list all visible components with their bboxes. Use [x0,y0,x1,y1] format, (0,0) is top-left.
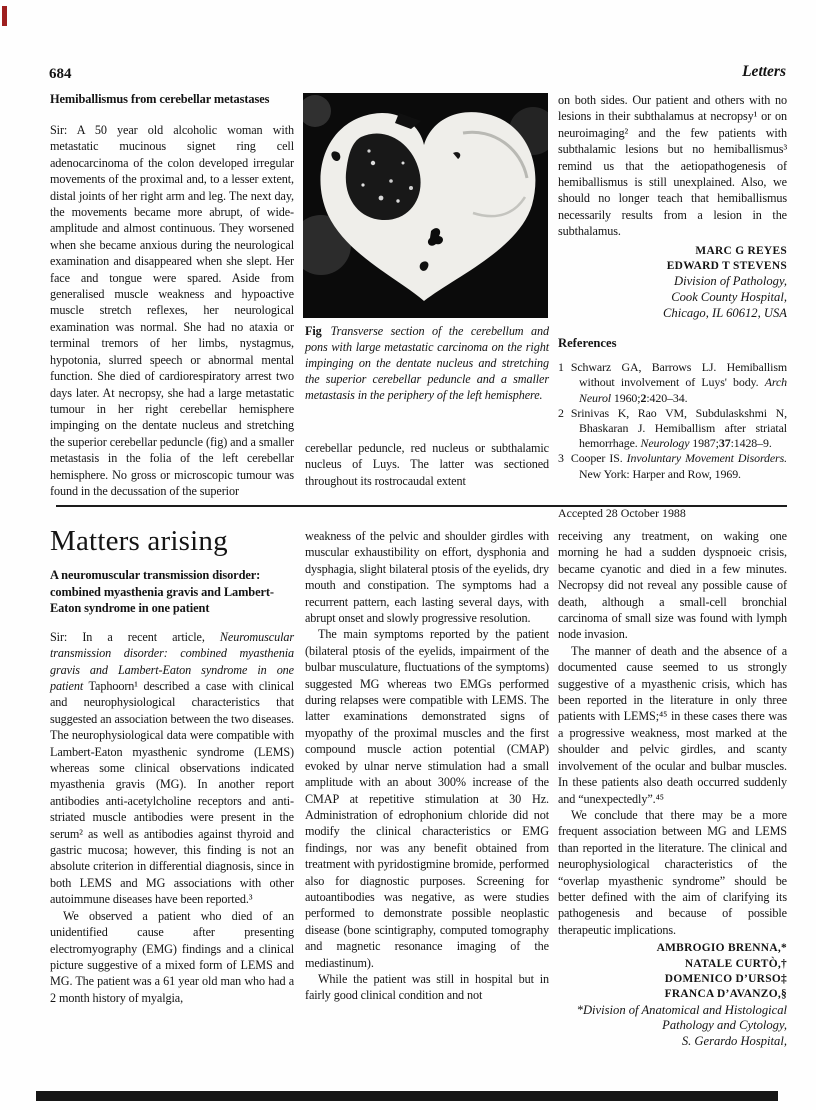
signature-name: DOMENICO D’URSO‡ [558,972,787,987]
brain-section-photo [303,93,548,318]
reference-item: 3Cooper IS. Involuntary Movement Disorde… [558,451,787,481]
signature-name: EDWARD T STEVENS [558,259,787,274]
figure-caption-text: Transverse section of the cerebellum and… [305,324,549,402]
signature-address-line: Pathology and Cytology, [558,1018,787,1034]
signature-name: NATALE CURTÒ,† [558,957,787,972]
reference-text: 1987; [689,436,718,450]
reference-volume: 37 [719,436,731,450]
matters-body-col2-p2: The main symptoms reported by the patien… [305,626,549,971]
letter-column-1: Hemiballismus from cerebellar metastases… [50,92,294,499]
signature-name: AMBROGIO BRENNA,* [558,941,787,956]
matters-body-col1-p2: We observed a patient who died of an uni… [50,908,294,1006]
section-divider [56,505,787,507]
reference-text: Cooper IS. [571,451,627,465]
signature-name: MARC G REYES [558,244,787,259]
letter-body-col3: on both sides. Our patient and others wi… [558,92,787,240]
reference-number: 1 [558,360,564,374]
page-number: 684 [49,66,72,83]
signature-address-line: Cook County Hospital, [558,290,787,306]
reference-number: 3 [558,451,564,465]
reference-book-title: Involuntary Movement Disorders. [627,451,787,465]
signature-address-line: Division of Pathology, [558,274,787,290]
matters-body-col1-p1: Sir: In a recent article, Neuromuscular … [50,629,294,908]
reference-journal: Neurology [641,436,690,450]
references-title: References [558,336,787,351]
letter-signature-block: MARC G REYES EDWARD T STEVENS Division o… [558,244,787,322]
reference-text: 1960; [611,391,640,405]
running-head: Letters [586,63,786,81]
matters-body-col3-p2: The manner of death and the absence of a… [558,643,787,807]
matters-article-title: A neuromuscular transmission disorder: c… [50,567,294,617]
reference-text: :1428–9. [731,436,772,450]
matters-signature-block: AMBROGIO BRENNA,* NATALE CURTÒ,† DOMENIC… [558,941,787,1049]
letter-body-col2: cerebellar peduncle, red nucleus or subt… [305,440,549,489]
figure-caption: FigTransverse section of the cerebellum … [305,324,549,404]
paragraph-text: Sir: In a recent article, [50,630,220,644]
reference-item: 2Srinivas K, Rao VM, Subdulaskshmi N, Bh… [558,406,787,452]
matters-body-col2-p3: While the patient was still in hospital … [305,971,549,1004]
matters-body-col3-p3: We conclude that there may be a more fre… [558,807,787,938]
scan-artifact-bottom-bar [36,1091,778,1101]
signature-address-line: *Division of Anatomical and Histological [558,1003,787,1019]
matters-column-1: Matters arising A neuromuscular transmis… [50,524,294,1006]
signature-address-line: Chicago, IL 60612, USA [558,306,787,322]
reference-number: 2 [558,406,564,420]
reference-text: Schwarz GA, Barrows LJ. Hemiballism with… [571,360,787,389]
figure-photo [303,93,548,318]
signature-name: FRANCA D’AVANZO,§ [558,987,787,1002]
journal-page: 684 Letters Hemiballismus from cerebella… [0,0,816,1110]
reference-text: :420–34. [646,391,687,405]
reference-text: New York: Harper and Row, 1969. [579,467,741,481]
matters-body-col2-p1: weakness of the pelvic and shoulder gird… [305,528,549,626]
matters-column-3: receiving any treatment, on waking one m… [558,528,787,1050]
figure-label: Fig [305,324,322,338]
letter-column-3: on both sides. Our patient and others wi… [558,92,787,521]
letter-body-col1: Sir: A 50 year old alcoholic woman with … [50,122,294,499]
reference-item: 1Schwarz GA, Barrows LJ. Hemiballism wit… [558,360,787,406]
accepted-date: Accepted 28 October 1988 [558,506,787,521]
letter-title: Hemiballismus from cerebellar metastases [50,92,294,107]
matters-section-title: Matters arising [50,524,294,558]
matters-column-2: weakness of the pelvic and shoulder gird… [305,528,549,1004]
signature-address-line: S. Gerardo Hospital, [558,1034,787,1050]
scan-artifact-red-mark [2,6,7,26]
matters-body-col3-p1: receiving any treatment, on waking one m… [558,528,787,643]
paragraph-text: Taphoorn¹ described a case with clinical… [50,679,294,906]
